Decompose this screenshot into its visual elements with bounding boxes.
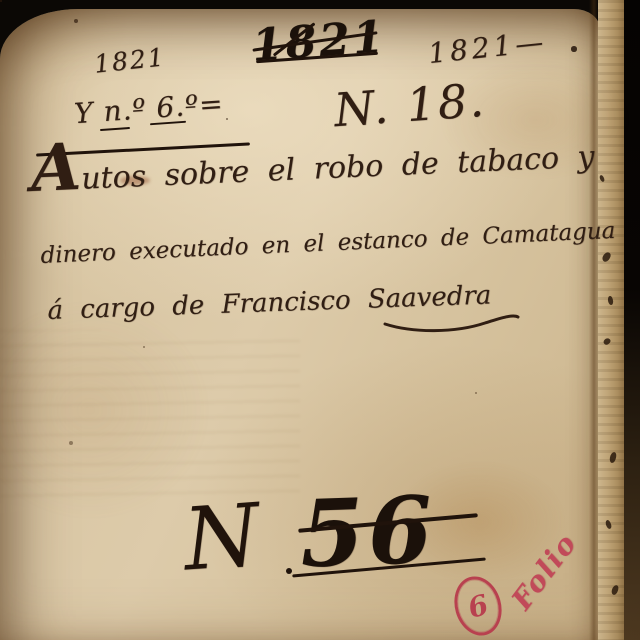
case-number-annotation: N. 18. [332, 73, 487, 137]
folio-number: 6 [464, 587, 492, 624]
bottom-letter-n: N [181, 485, 263, 590]
page-fold-crease [589, 0, 598, 640]
fly-specks [0, 0, 2, 2]
book-edge-shadow [624, 0, 640, 640]
flourish-swash [383, 306, 523, 338]
book-page-edges [598, 0, 626, 640]
manuscript-photo: 1821 1821 1821— Y n.º 6.º= N. 18. Autos … [0, 0, 640, 640]
ink-dot [286, 568, 292, 574]
